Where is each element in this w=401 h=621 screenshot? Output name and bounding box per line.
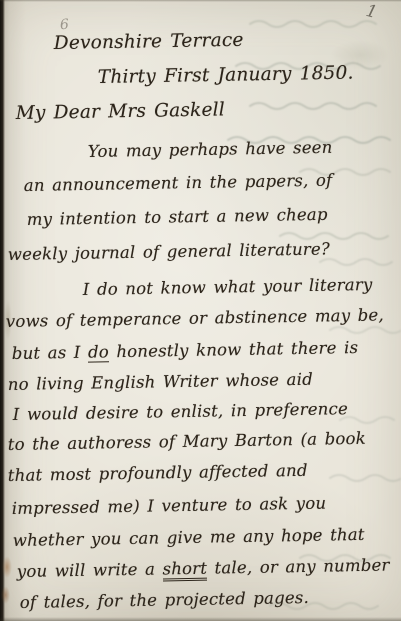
underlined-word: short xyxy=(162,559,207,582)
manuscript-page: 6 1 Devonshire TerraceThirty First Janua… xyxy=(0,0,401,621)
letter-line: You may perhaps have seen xyxy=(88,138,333,161)
letter-line: of tales, for the projected pages. xyxy=(20,588,309,612)
letter-line: vows of temperance or abstinence may be, xyxy=(6,305,384,331)
letter-line: to the authoress of Mary Barton (a book xyxy=(8,429,366,454)
letter-line-heading: Devonshire Terrace xyxy=(54,30,244,54)
letter-line: I would desire to enlist, in preference xyxy=(13,399,348,424)
letter-line-date: Thirty First January 1850. xyxy=(98,63,354,88)
letter-line: you will write a short tale, or any numb… xyxy=(17,555,390,581)
letter-body: Devonshire TerraceThirty First January 1… xyxy=(0,0,401,621)
letter-line: my intention to start a new cheap xyxy=(27,205,328,229)
letter-line: impressed me) I venture to ask you xyxy=(12,494,327,518)
letter-line: I do not know what your literary xyxy=(83,275,373,299)
underlined-word: do xyxy=(88,342,109,362)
letter-line: but as I do honestly know that there is xyxy=(12,338,359,363)
letter-line: no living English Writer whose aid xyxy=(8,370,313,394)
letter-line: that most profoundly affected and xyxy=(8,461,308,485)
letter-line: weekly journal of general literature? xyxy=(8,239,330,264)
letter-line-salutation: My Dear Mrs Gaskell xyxy=(16,99,225,124)
letter-line: whether you can give me any hope that xyxy=(13,525,365,550)
letter-line: an announcement in the papers, of xyxy=(24,171,333,195)
